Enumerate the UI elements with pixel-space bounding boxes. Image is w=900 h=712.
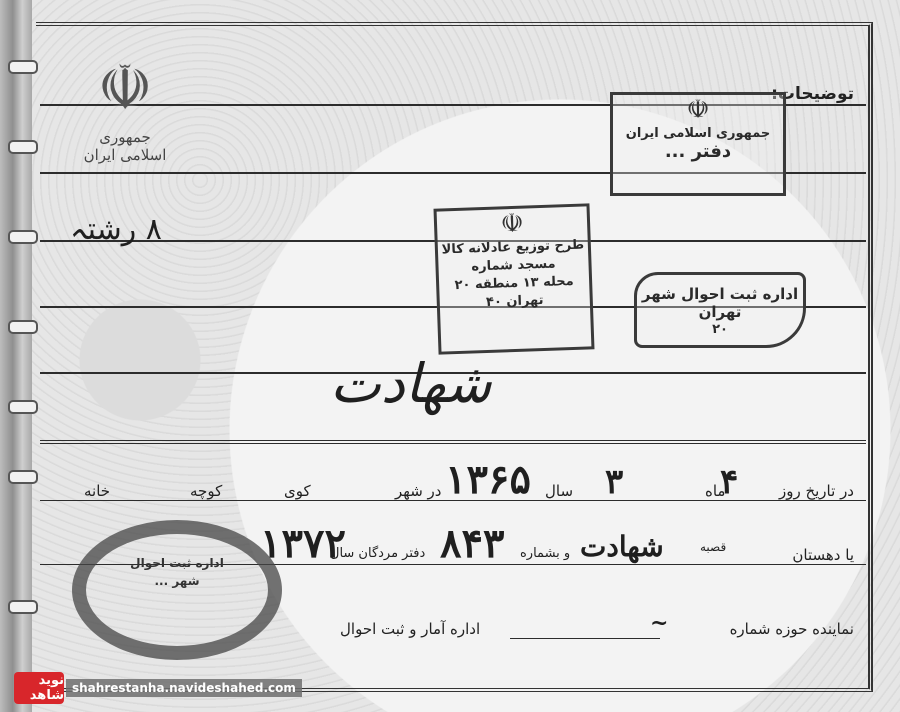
section-divider [40,440,866,444]
binding-stitch [8,140,38,154]
navideshahed-logo: نوید شاهد [14,672,64,704]
binding-stitch [8,600,38,614]
binding-stitch [8,400,38,414]
scanned-page: ☫ جمهوری اسلامی ایران توضیحات: ☫ جمهوری … [0,0,900,712]
form-line [40,500,866,501]
page-binding [0,0,32,712]
registration-number: ۸۴۳ [440,520,504,567]
binding-stitch [8,60,38,74]
page-number-handwritten: ۸ رشتہ [70,212,162,247]
rationing-stamp: ☫ طرح توزیع عادلانه کالا مسجد شماره محله… [433,203,594,354]
emblem-caption: جمهوری اسلامی ایران [80,128,170,164]
emblem-icon: ☫ [613,95,783,125]
certificate-value: شهادت [580,530,664,563]
source-watermark: نوید شاهد shahrestanha.navideshahed.com [14,672,302,704]
signature: ~ [650,610,668,636]
registry-stamp: اداره ثبت احوال شهر تهران ۲۰ [634,272,806,348]
form-line [510,638,660,639]
month-value: ۳ [605,462,623,502]
register-year: ۱۳۷۲ [260,520,346,567]
emblem-icon: ☫ [80,48,170,128]
binding-stitch [8,320,38,334]
office-stamp: ☫ جمهوری اسلامی ایران دفتر ... [610,92,786,196]
national-emblem: ☫ جمهوری اسلامی ایران [80,48,170,178]
document-title: شهادت [330,352,491,415]
watermark-url: shahrestanha.navideshahed.com [66,679,302,697]
binding-stitch [8,230,38,244]
year-value: ۱۳۶۵ [445,456,531,503]
registry-oval-stamp: اداره ثبت احوال شهر ... [72,520,282,660]
binding-stitch [8,470,38,484]
